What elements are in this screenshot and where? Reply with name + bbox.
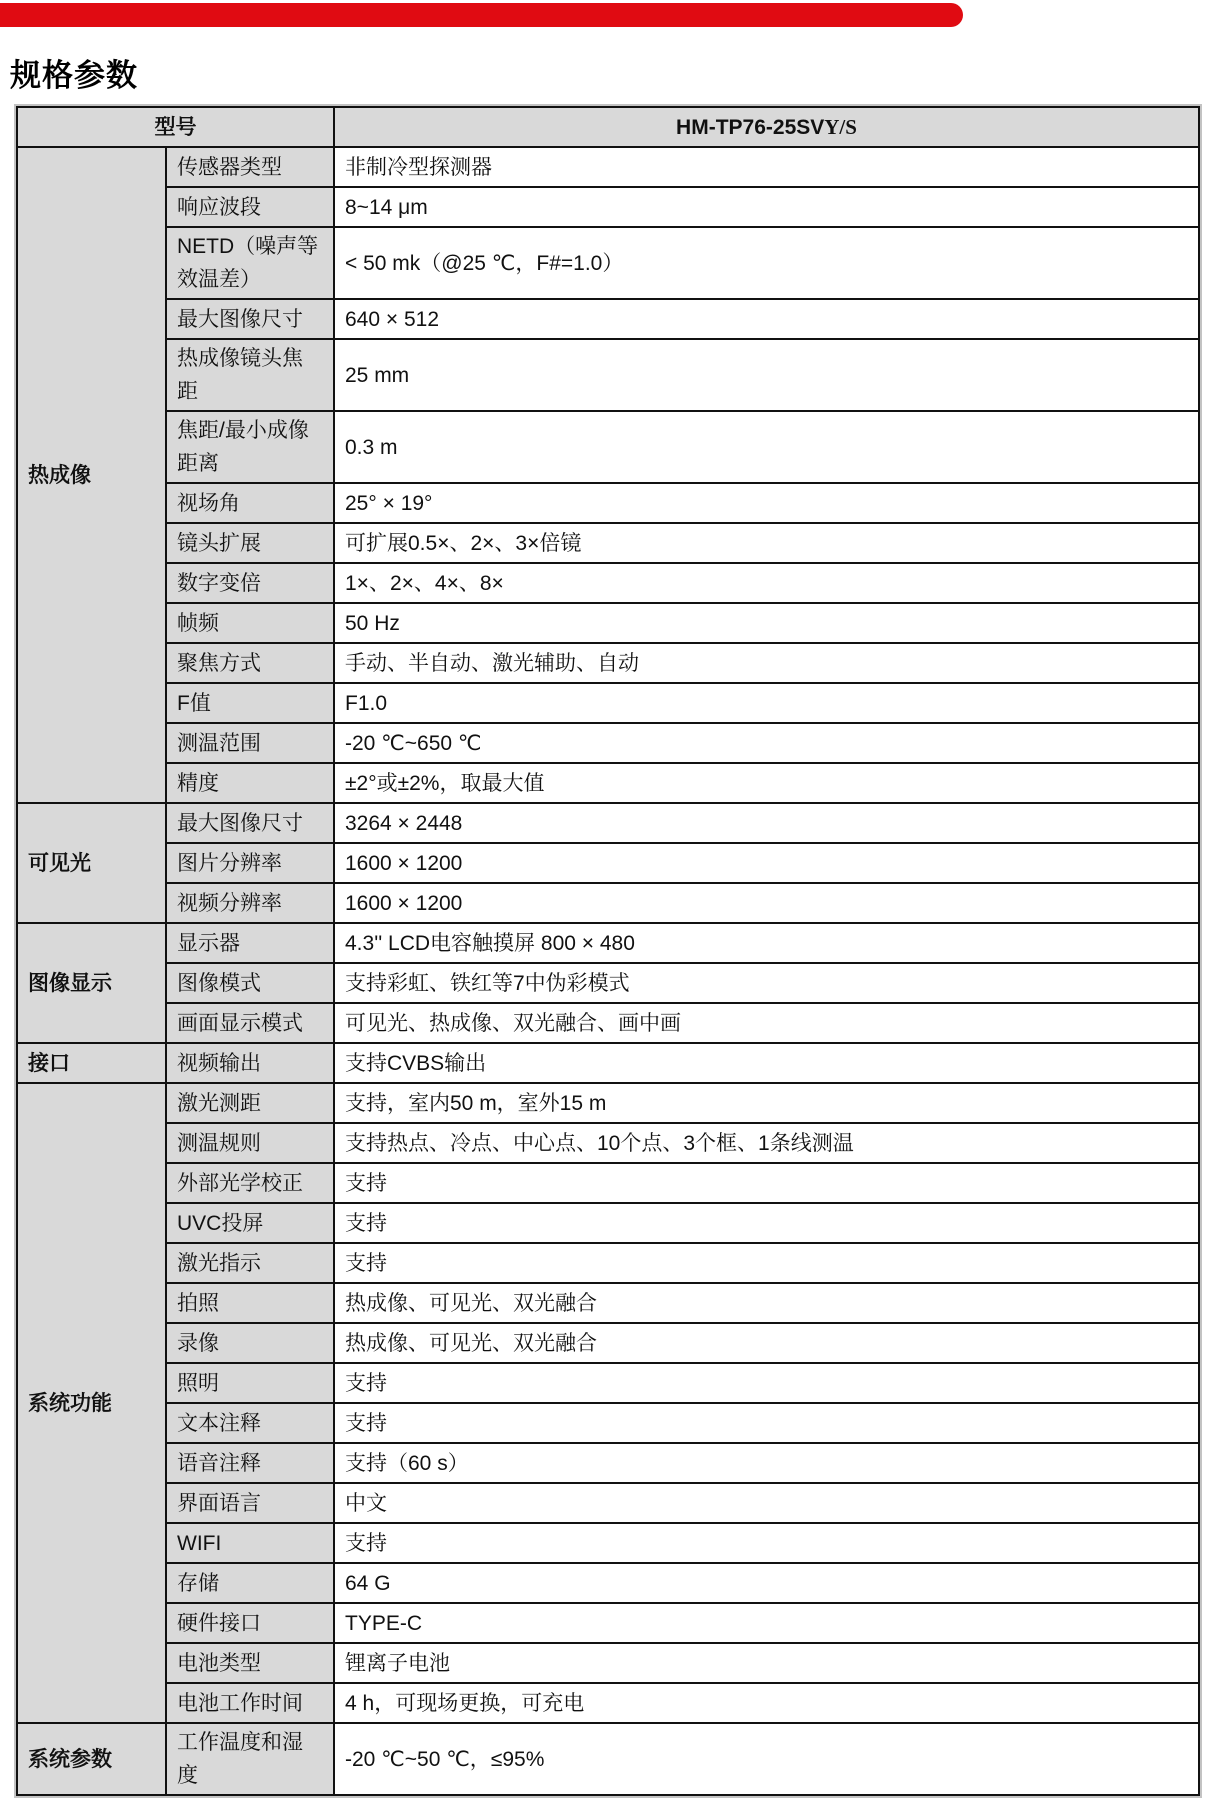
param-label: 精度: [166, 763, 334, 803]
param-label: 界面语言: [166, 1483, 334, 1523]
group-cell: 接口: [17, 1043, 166, 1083]
param-value: 支持热点、冷点、中心点、10个点、3个框、1条线测温: [334, 1123, 1199, 1163]
param-value: 可见光、热成像、双光融合、画中画: [334, 1003, 1199, 1043]
group-cell: 热成像: [17, 147, 166, 803]
table-row: 可见光最大图像尺寸3264 × 2448: [17, 803, 1199, 843]
param-label: 画面显示模式: [166, 1003, 334, 1043]
param-label: 拍照: [166, 1283, 334, 1323]
param-label: 最大图像尺寸: [166, 803, 334, 843]
table-row: 电池类型锂离子电池: [17, 1643, 1199, 1683]
page-title: 规格参数: [10, 50, 138, 95]
table-row: 精度±2°或±2%，取最大值: [17, 763, 1199, 803]
param-value: 锂离子电池: [334, 1643, 1199, 1683]
param-label: 语音注释: [166, 1443, 334, 1483]
param-value: 25° × 19°: [334, 483, 1199, 523]
table-row: 热成像传感器类型非制冷型探测器: [17, 147, 1199, 187]
model-number-suffix: Y/S: [824, 115, 857, 139]
table-row: 语音注释支持（60 s）: [17, 1443, 1199, 1483]
param-value: TYPE-C: [334, 1603, 1199, 1643]
param-label: 激光测距: [166, 1083, 334, 1123]
param-label: 文本注释: [166, 1403, 334, 1443]
param-value: 支持（60 s）: [334, 1443, 1199, 1483]
table-row: 电池工作时间4 h，可现场更换，可充电: [17, 1683, 1199, 1723]
param-label: 聚焦方式: [166, 643, 334, 683]
table-row: 界面语言中文: [17, 1483, 1199, 1523]
param-label: 热成像镜头焦距: [166, 339, 334, 411]
param-label: 最大图像尺寸: [166, 299, 334, 339]
param-value: 1600 × 1200: [334, 843, 1199, 883]
table-row: 激光指示支持: [17, 1243, 1199, 1283]
param-label: 焦距/最小成像距离: [166, 411, 334, 483]
table-row: UVC投屏支持: [17, 1203, 1199, 1243]
param-value: 1×、2×、4×、8×: [334, 563, 1199, 603]
table-row: 画面显示模式可见光、热成像、双光融合、画中画: [17, 1003, 1199, 1043]
table-row: 照明支持: [17, 1363, 1199, 1403]
table-row: 帧频50 Hz: [17, 603, 1199, 643]
param-value: 可扩展0.5×、2×、3×倍镜: [334, 523, 1199, 563]
param-label: F值: [166, 683, 334, 723]
param-value: 3264 × 2448: [334, 803, 1199, 843]
table-row: 存储64 G: [17, 1563, 1199, 1603]
param-label: NETD（噪声等效温差）: [166, 227, 334, 299]
param-label: 帧频: [166, 603, 334, 643]
param-value: 支持: [334, 1203, 1199, 1243]
group-cell: 图像显示: [17, 923, 166, 1043]
param-label: 数字变倍: [166, 563, 334, 603]
param-label: 电池工作时间: [166, 1683, 334, 1723]
table-row: 响应波段8~14 μm: [17, 187, 1199, 227]
group-cell: 系统参数: [17, 1723, 166, 1795]
param-label: 激光指示: [166, 1243, 334, 1283]
param-value: 640 × 512: [334, 299, 1199, 339]
table-row: NETD（噪声等效温差）< 50 mk（@25 ℃，F#=1.0）: [17, 227, 1199, 299]
param-value: -20 ℃~650 ℃: [334, 723, 1199, 763]
param-value: 支持彩虹、铁红等7中伪彩模式: [334, 963, 1199, 1003]
param-value: 热成像、可见光、双光融合: [334, 1323, 1199, 1363]
table-row: 焦距/最小成像距离0.3 m: [17, 411, 1199, 483]
table-row: 数字变倍1×、2×、4×、8×: [17, 563, 1199, 603]
param-value: 支持: [334, 1523, 1199, 1563]
param-value: 中文: [334, 1483, 1199, 1523]
table-row: WIFI支持: [17, 1523, 1199, 1563]
param-label: 镜头扩展: [166, 523, 334, 563]
top-red-bar: [0, 3, 963, 27]
param-value: 热成像、可见光、双光融合: [334, 1283, 1199, 1323]
param-value: F1.0: [334, 683, 1199, 723]
param-value: 4.3'' LCD电容触摸屏 800 × 480: [334, 923, 1199, 963]
param-label: 存储: [166, 1563, 334, 1603]
param-label: 测温范围: [166, 723, 334, 763]
param-value: 0.3 m: [334, 411, 1199, 483]
table-row: 录像热成像、可见光、双光融合: [17, 1323, 1199, 1363]
param-label: 视场角: [166, 483, 334, 523]
table-row: 图片分辨率1600 × 1200: [17, 843, 1199, 883]
param-label: 视频输出: [166, 1043, 334, 1083]
param-label: 传感器类型: [166, 147, 334, 187]
table-row: 聚焦方式手动、半自动、激光辅助、自动: [17, 643, 1199, 683]
table-row: 系统功能激光测距支持，室内50 m，室外15 m: [17, 1083, 1199, 1123]
param-label: 外部光学校正: [166, 1163, 334, 1203]
table-row: 文本注释支持: [17, 1403, 1199, 1443]
param-value: 非制冷型探测器: [334, 147, 1199, 187]
group-cell: 可见光: [17, 803, 166, 923]
param-value: 1600 × 1200: [334, 883, 1199, 923]
table-header-row: 型号 HM-TP76-25SVY/S: [17, 107, 1199, 147]
param-value: 支持CVBS输出: [334, 1043, 1199, 1083]
table-row: 硬件接口TYPE-C: [17, 1603, 1199, 1643]
param-label: 工作温度和湿度: [166, 1723, 334, 1795]
param-label: 图像模式: [166, 963, 334, 1003]
param-value: 8~14 μm: [334, 187, 1199, 227]
table-row: 测温范围-20 ℃~650 ℃: [17, 723, 1199, 763]
param-value: 支持: [334, 1363, 1199, 1403]
param-label: 视频分辨率: [166, 883, 334, 923]
table-row: 热成像镜头焦距25 mm: [17, 339, 1199, 411]
table-row: 测温规则支持热点、冷点、中心点、10个点、3个框、1条线测温: [17, 1123, 1199, 1163]
param-value: 支持，室内50 m，室外15 m: [334, 1083, 1199, 1123]
param-value: ±2°或±2%，取最大值: [334, 763, 1199, 803]
param-label: 电池类型: [166, 1643, 334, 1683]
param-label: 响应波段: [166, 187, 334, 227]
param-label: 图片分辨率: [166, 843, 334, 883]
spec-table: 型号 HM-TP76-25SVY/S 热成像传感器类型非制冷型探测器响应波段8~…: [14, 104, 1202, 1798]
table-row: 图像模式支持彩虹、铁红等7中伪彩模式: [17, 963, 1199, 1003]
param-value: 4 h，可现场更换，可充电: [334, 1683, 1199, 1723]
param-label: WIFI: [166, 1523, 334, 1563]
table-row: 镜头扩展可扩展0.5×、2×、3×倍镜: [17, 523, 1199, 563]
param-label: 录像: [166, 1323, 334, 1363]
table-row: 系统参数工作温度和湿度-20 ℃~50 ℃，≤95%: [17, 1723, 1199, 1795]
model-header-label: 型号: [17, 107, 334, 147]
table-row: 外部光学校正支持: [17, 1163, 1199, 1203]
param-value: 支持: [334, 1163, 1199, 1203]
param-value: -20 ℃~50 ℃，≤95%: [334, 1723, 1199, 1795]
model-number-prefix: HM-TP76-25SV: [676, 116, 824, 139]
table-row: 拍照热成像、可见光、双光融合: [17, 1283, 1199, 1323]
param-label: 硬件接口: [166, 1603, 334, 1643]
table-row: 图像显示显示器4.3'' LCD电容触摸屏 800 × 480: [17, 923, 1199, 963]
spec-table-grid: 型号 HM-TP76-25SVY/S 热成像传感器类型非制冷型探测器响应波段8~…: [16, 106, 1200, 1796]
table-row: 视频分辨率1600 × 1200: [17, 883, 1199, 923]
table-row: 接口视频输出支持CVBS输出: [17, 1043, 1199, 1083]
param-value: 50 Hz: [334, 603, 1199, 643]
param-value: 手动、半自动、激光辅助、自动: [334, 643, 1199, 683]
table-row: 视场角25° × 19°: [17, 483, 1199, 523]
param-label: UVC投屏: [166, 1203, 334, 1243]
param-value: 支持: [334, 1403, 1199, 1443]
param-label: 测温规则: [166, 1123, 334, 1163]
group-cell: 系统功能: [17, 1083, 166, 1723]
param-label: 显示器: [166, 923, 334, 963]
param-value: < 50 mk（@25 ℃，F#=1.0）: [334, 227, 1199, 299]
table-row: 最大图像尺寸640 × 512: [17, 299, 1199, 339]
param-label: 照明: [166, 1363, 334, 1403]
model-header-value: HM-TP76-25SVY/S: [334, 107, 1199, 147]
table-row: F值F1.0: [17, 683, 1199, 723]
param-value: 64 G: [334, 1563, 1199, 1603]
param-value: 支持: [334, 1243, 1199, 1283]
param-value: 25 mm: [334, 339, 1199, 411]
